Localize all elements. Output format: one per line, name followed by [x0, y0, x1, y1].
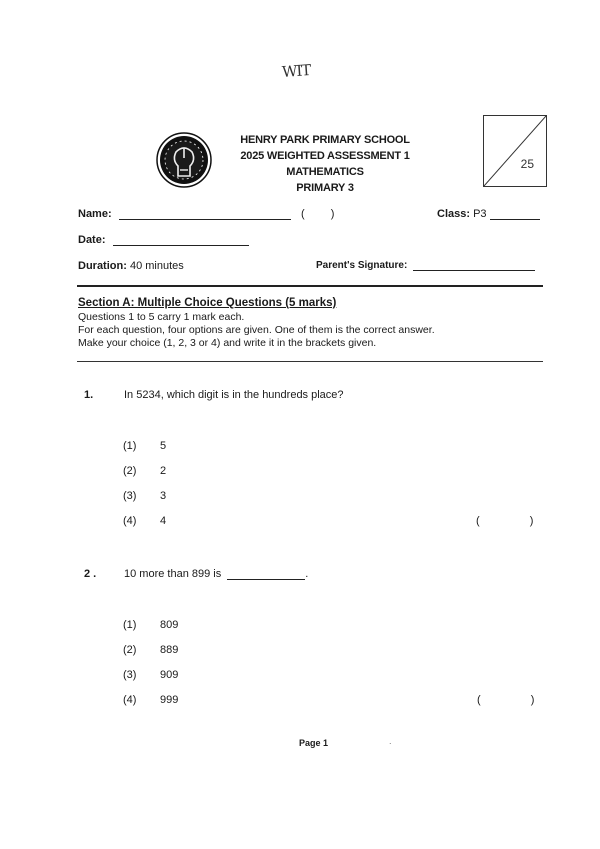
duration-row: Duration: 40 minutes — [78, 260, 184, 272]
score-box: 25 — [483, 115, 547, 187]
page-number: Page 1 — [299, 738, 328, 748]
question-1-answer-field[interactable]: ( ) — [476, 515, 533, 527]
stray-mark: . — [389, 736, 392, 746]
total-marks: 25 — [521, 157, 534, 171]
divider-bottom — [77, 361, 543, 362]
signature-field[interactable] — [413, 260, 535, 271]
name-field[interactable] — [119, 209, 291, 220]
index-number-field[interactable]: ( ) — [301, 208, 334, 220]
question-2-text: 10 more than 899 is . — [124, 568, 308, 580]
class-field[interactable] — [490, 209, 540, 220]
instruction-2: For each question, four options are give… — [78, 324, 435, 336]
duration-value: 40 minutes — [130, 260, 184, 272]
question-2-blank[interactable] — [227, 569, 305, 580]
signature-row: Parent's Signature: — [316, 260, 535, 271]
level: PRIMARY 3 — [200, 180, 450, 196]
handwritten-note: WIT — [281, 61, 311, 81]
subject: MATHEMATICS — [200, 164, 450, 180]
diagonal-divider — [484, 116, 546, 186]
question-2-number: 2 . — [84, 568, 96, 580]
exam-header: HENRY PARK PRIMARY SCHOOL 2025 WEIGHTED … — [200, 132, 450, 196]
class-label: Class: — [437, 208, 470, 220]
question-2-answer-field[interactable]: ( ) — [477, 694, 534, 706]
section-title: Section A: Multiple Choice Questions (5 … — [78, 297, 336, 309]
class-row: Class: P3 — [437, 208, 540, 220]
date-field[interactable] — [113, 235, 249, 246]
class-value: P3 — [473, 208, 486, 220]
name-label: Name: — [78, 208, 112, 220]
assessment-title: 2025 WEIGHTED ASSESSMENT 1 — [200, 148, 450, 164]
question-1-text: In 5234, which digit is in the hundreds … — [124, 389, 344, 401]
date-row: Date: — [78, 234, 249, 246]
date-label: Date: — [78, 234, 106, 246]
question-1-number: 1. — [84, 389, 93, 401]
name-row: Name: — [78, 208, 291, 220]
instruction-3: Make your choice (1, 2, 3 or 4) and writ… — [78, 337, 376, 349]
school-name: HENRY PARK PRIMARY SCHOOL — [200, 132, 450, 148]
divider-top — [77, 285, 543, 287]
duration-label: Duration: — [78, 260, 127, 272]
instruction-1: Questions 1 to 5 carry 1 mark each. — [78, 311, 244, 323]
signature-label: Parent's Signature: — [316, 260, 407, 271]
